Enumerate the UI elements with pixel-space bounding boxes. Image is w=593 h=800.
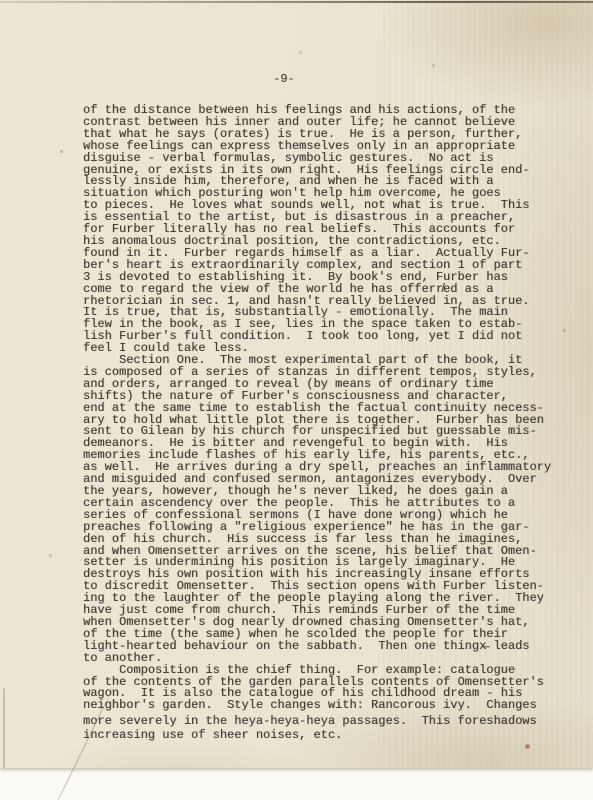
scanned-document: -9- of the distance between his feelings… [0, 0, 593, 800]
typewritten-page: -9- of the distance between his feelings… [0, 0, 593, 768]
paper-dust-specks [0, 0, 1, 1]
paragraph-composition: Composition is the chief thing. For exam… [83, 665, 568, 713]
page-body: of the distance between his feelings and… [83, 105, 568, 742]
paragraph-composition-tail: more severely in the heya-heya-heya pass… [83, 715, 568, 742]
paragraph-section-one: Section One. The most experimental part … [83, 355, 568, 665]
paper-left-edge-shadow [3, 688, 5, 768]
page-number: -9- [273, 73, 295, 85]
paragraph-continuation: of the distance between his feelings and… [83, 105, 568, 355]
